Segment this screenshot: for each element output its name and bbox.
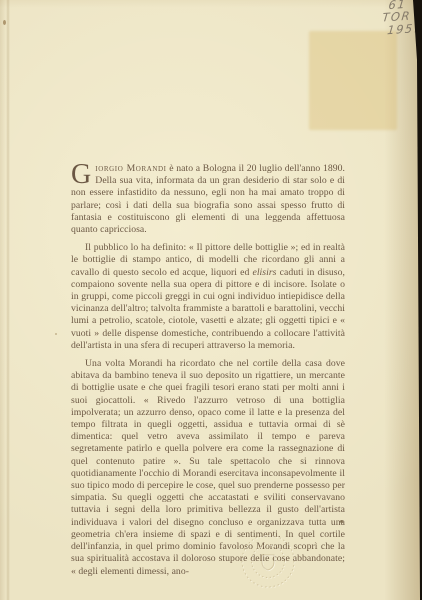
paragraph-3: Una volta Morandi ha ricordato che nel c… <box>71 358 345 578</box>
paper-speck <box>55 333 57 335</box>
paper-speck <box>3 20 6 25</box>
drop-cap: G <box>71 163 95 186</box>
paragraph-2-italic-word: elisirs <box>252 267 276 278</box>
embossed-stamp <box>239 532 299 592</box>
body-text: Giorgio Morandi è nato a Bologna il 20 l… <box>71 163 345 578</box>
paragraph-1: Giorgio Morandi è nato a Bologna il 20 l… <box>71 163 345 236</box>
paragraph-2-text-b: caduti in disuso, compaiono sovente nell… <box>71 267 345 351</box>
paper-speck <box>340 520 343 523</box>
pencil-annotation: 61 TOR 1957 <box>358 0 421 52</box>
author-name-smallcaps: iorgio Morandi <box>95 163 166 174</box>
paragraph-3-text: Una volta Morandi ha ricordato che nel c… <box>71 358 345 576</box>
scanned-page: 61 TOR 1957 Giorgio Morandi è nato a Bol… <box>0 0 422 600</box>
paragraph-2: Il pubblico lo ha definito: « Il pittore… <box>71 242 345 352</box>
paper-crease <box>6 0 10 600</box>
